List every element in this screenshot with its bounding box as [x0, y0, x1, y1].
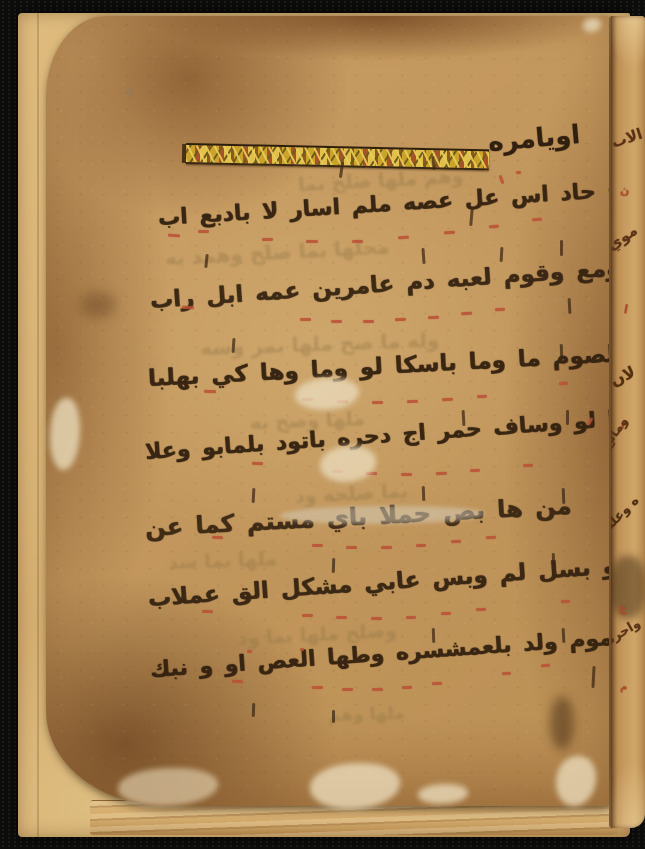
facing-page-text-fragment: واحره [609, 616, 643, 648]
ink-tick-mark [560, 344, 564, 360]
red-vocalization-mark [331, 320, 342, 323]
red-vocalization-mark [416, 544, 426, 547]
facing-page-text-fragment: ه وعله [609, 493, 642, 534]
red-vocalization-mark [300, 318, 311, 321]
folio-number: 4 [123, 84, 137, 103]
ink-tick-mark [432, 628, 436, 643]
facing-page-text-fragment: ا [623, 302, 629, 317]
facing-page-text-fragment: ع [619, 602, 627, 615]
ink-tick-mark [252, 488, 256, 503]
red-vocalization-mark [561, 600, 570, 603]
ink-tick-mark [500, 247, 504, 262]
facing-page-text-fragment: موي [609, 221, 641, 254]
red-vocalization-mark [441, 612, 451, 615]
red-vocalization-mark [406, 616, 416, 619]
red-vocalization-mark [332, 470, 343, 473]
red-vocalization-mark [442, 398, 453, 401]
red-vocalization-mark [516, 171, 521, 174]
facing-page-edge: الاٮڽمويالاںمومالحه وعلهعواحرهم [609, 16, 645, 828]
red-vocalization-mark [232, 680, 243, 683]
red-vocalization-mark [395, 318, 406, 321]
ink-tick-mark [421, 248, 425, 264]
red-vocalization-mark [486, 536, 496, 540]
red-vocalization-mark [363, 320, 374, 323]
red-vocalization-mark [336, 616, 347, 619]
red-vocalization-mark [372, 688, 383, 691]
red-vocalization-mark [398, 236, 409, 240]
photograph-canvas: اویامره 4 وهم ملها صلح بمامحلها بما صلح … [0, 0, 645, 849]
ink-tick-mark [252, 703, 255, 717]
header-word: اویامره [487, 120, 581, 158]
red-vocalization-mark [401, 473, 412, 476]
facing-page-text-fragment: م [620, 682, 627, 693]
ghost-text-line: ملها وهم [328, 703, 405, 726]
red-vocalization-mark [495, 308, 505, 312]
red-vocalization-mark [407, 400, 418, 403]
red-vocalization-mark [306, 240, 318, 243]
red-vocalization-mark [523, 464, 533, 468]
red-vocalization-mark [337, 400, 348, 403]
ink-smudge [611, 556, 645, 618]
red-vocalization-mark [366, 472, 377, 475]
red-vocalization-mark [432, 682, 442, 685]
red-vocalization-mark [559, 382, 568, 386]
ink-tick-mark [566, 410, 569, 425]
ink-tick-mark [332, 710, 335, 723]
red-vocalization-mark [168, 234, 180, 238]
text-line: ململ ما لو وساف حمر اج دحره باتود بلمابو… [144, 401, 645, 465]
red-vocalization-mark [402, 686, 412, 689]
red-vocalization-mark [436, 472, 447, 475]
ink-tick-mark [568, 298, 572, 314]
red-vocalization-mark [502, 672, 511, 675]
ink-tick-mark [469, 208, 474, 226]
ink-tick-mark [562, 488, 566, 504]
red-vocalization-mark [541, 664, 550, 668]
red-vocalization-mark [346, 546, 357, 549]
red-vocalization-mark [302, 614, 313, 617]
ink-tick-mark [560, 240, 563, 256]
red-vocalization-mark [428, 316, 439, 319]
red-vocalization-mark [202, 610, 213, 613]
facing-page-text-fragment: الاٮ [609, 125, 644, 152]
red-vocalization-mark [372, 401, 383, 404]
ink-tick-mark [591, 666, 595, 688]
red-vocalization-mark [300, 648, 304, 651]
red-vocalization-mark [499, 175, 505, 184]
ink-tick-mark [332, 558, 336, 573]
ink-tick-mark [422, 486, 426, 501]
red-vocalization-mark [381, 546, 392, 549]
red-vocalization-mark [312, 686, 323, 689]
red-vocalization-mark [352, 240, 363, 243]
red-vocalization-mark [247, 650, 252, 653]
red-vocalization-mark [198, 230, 209, 233]
red-vocalization-mark [461, 312, 472, 316]
red-vocalization-mark [252, 462, 263, 465]
red-vocalization-mark [477, 395, 487, 398]
red-vocalization-mark [312, 544, 323, 547]
ink-tick-mark [552, 553, 556, 568]
red-vocalization-mark [444, 231, 455, 235]
red-vocalization-mark [489, 225, 499, 229]
red-vocalization-mark [470, 469, 480, 472]
facing-page-text-fragment: ڽ [620, 184, 629, 197]
red-vocalization-mark [342, 688, 353, 691]
red-vocalization-mark [212, 536, 223, 539]
red-vocalization-mark [371, 617, 382, 620]
red-vocalization-mark [302, 398, 313, 401]
red-vocalization-mark [262, 238, 273, 241]
ink-tick-mark [462, 410, 466, 426]
red-vocalization-mark [451, 540, 461, 543]
red-vocalization-mark [182, 306, 194, 310]
red-vocalization-mark [532, 218, 542, 222]
ink-overlay: اویامره 4 وهم ملها صلح بمامحلها بما صلح … [0, 0, 645, 849]
ghost-text-line: ملها بما سد [168, 548, 278, 574]
facing-page-text-fragment: لاں [609, 362, 638, 390]
red-vocalization-mark [204, 390, 216, 393]
gold-band-pattern [186, 145, 489, 168]
facing-page-text-fragment: ومالح [609, 414, 631, 451]
red-vocalization-mark [476, 608, 486, 611]
